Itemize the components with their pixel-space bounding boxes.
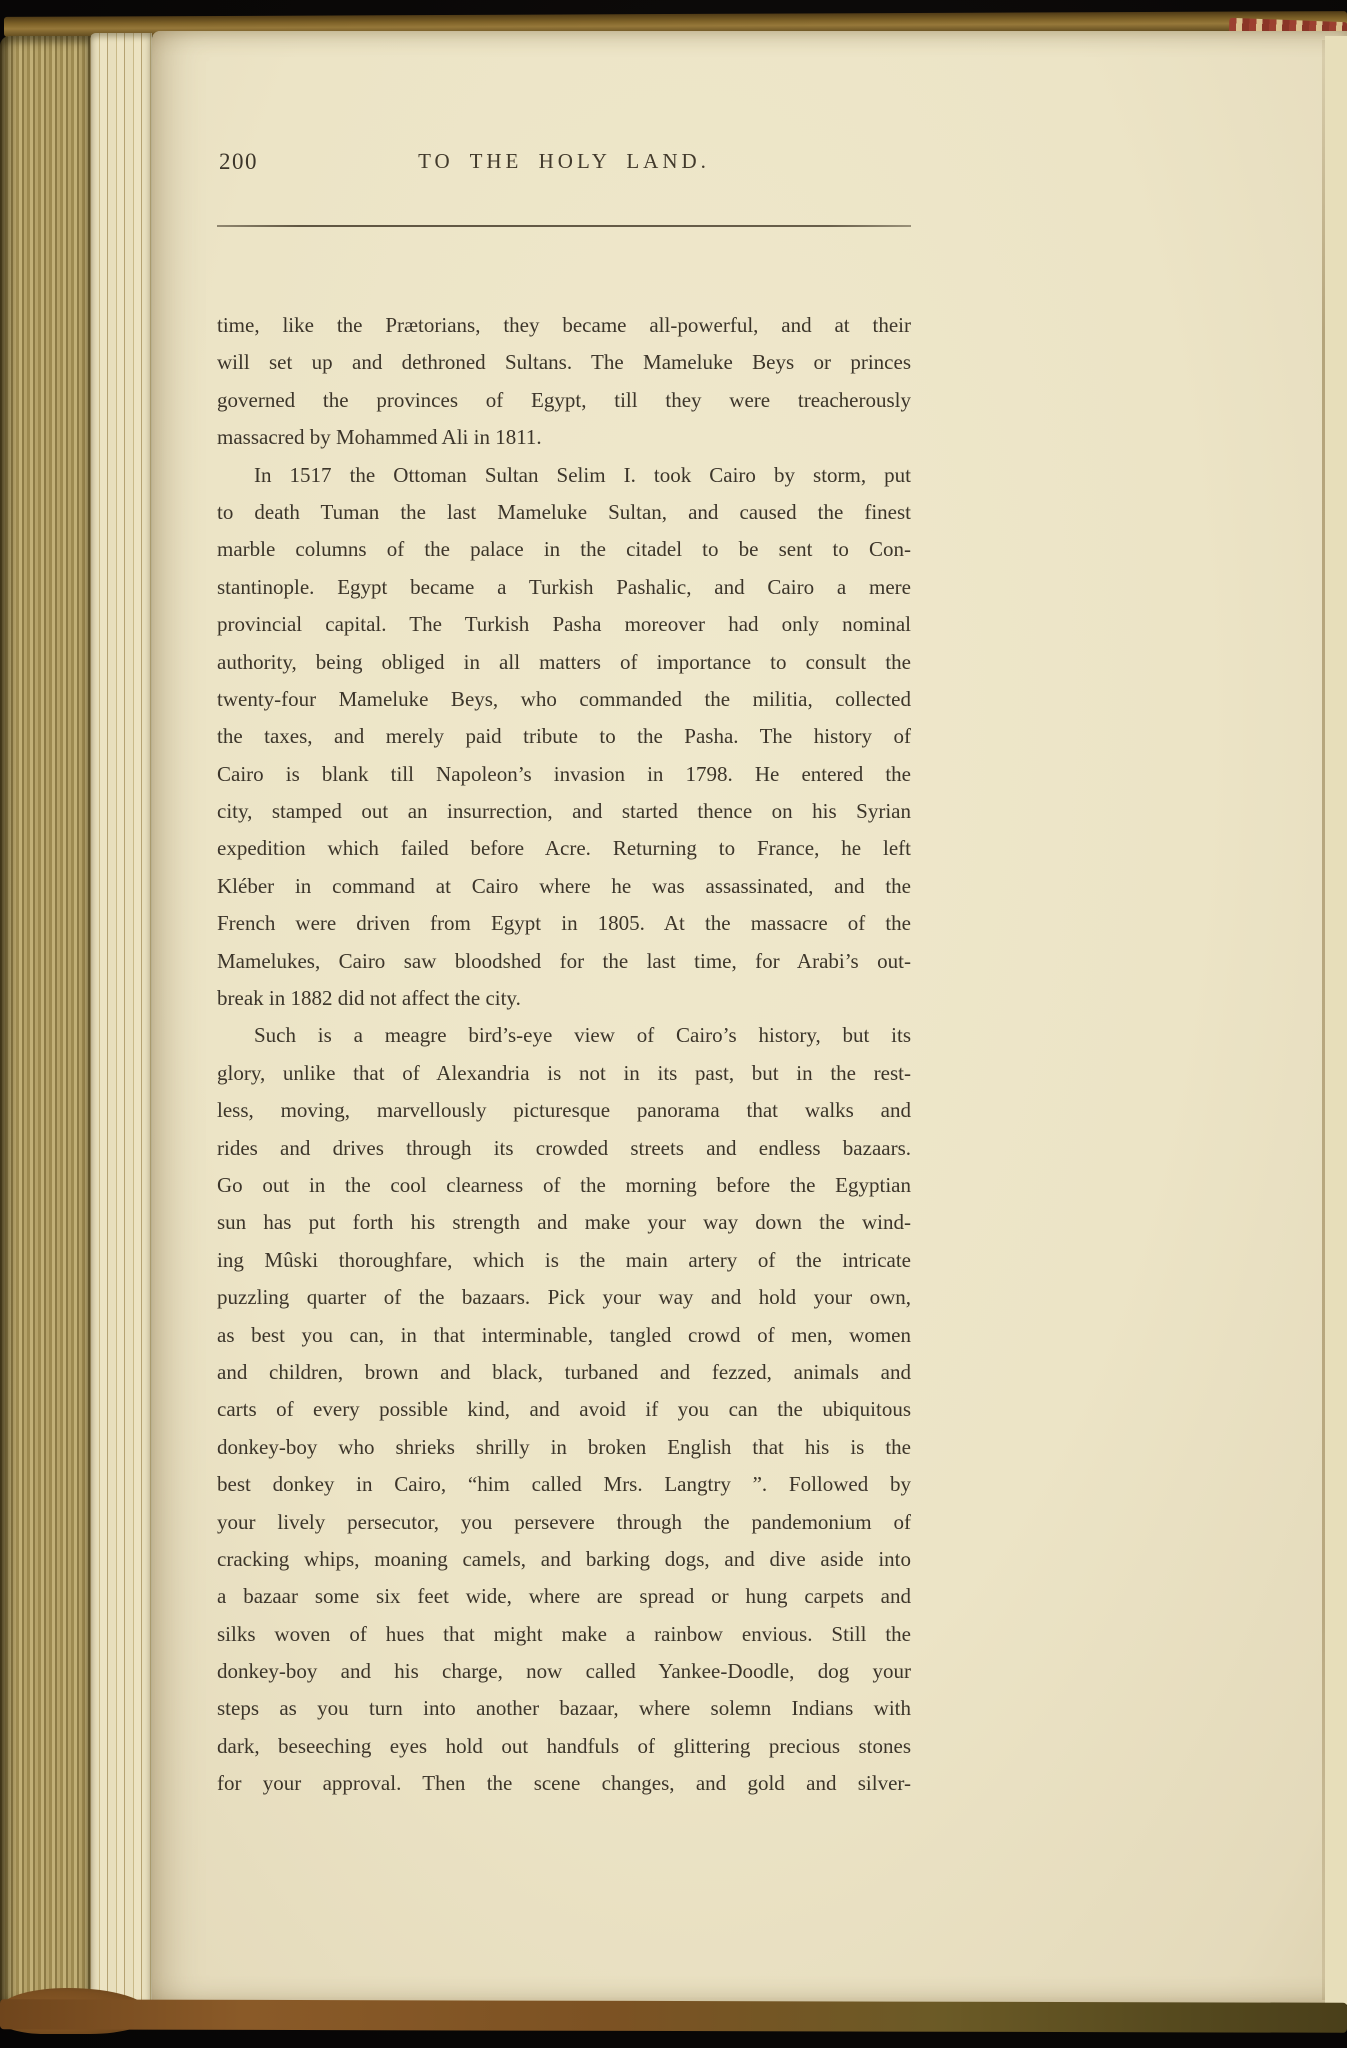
- text-line: carts of every possible kind, and avoid …: [217, 1391, 911, 1428]
- text-line: best donkey in Cairo, “him called Mrs. L…: [217, 1466, 911, 1503]
- book-photo-background: { "page": { "number": "200", "running_ti…: [0, 0, 1347, 2048]
- text-line: donkey-boy who shrieks shrilly in broken…: [217, 1429, 911, 1466]
- page-content: 200 TO THE HOLY LAND. time, like the Præ…: [217, 146, 911, 194]
- text-line: dark, beseeching eyes hold out handfuls …: [217, 1728, 911, 1765]
- page-right-crease: [1322, 40, 1325, 2000]
- text-line: authority, being obliged in all matters …: [217, 644, 911, 681]
- page-header: 200 TO THE HOLY LAND.: [217, 146, 911, 194]
- text-line: massacred by Mohammed Ali in 1811.: [217, 419, 911, 456]
- text-line: twenty-four Mameluke Beys, who commanded…: [217, 681, 911, 718]
- text-line: your lively persecutor, you persevere th…: [217, 1504, 911, 1541]
- text-line: to death Tuman the last Mameluke Sultan,…: [217, 494, 911, 531]
- text-line: a bazaar some six feet wide, where are s…: [217, 1578, 911, 1615]
- text-line: sun has put forth his strength and make …: [217, 1204, 911, 1241]
- text-line: expedition which failed before Acre. Ret…: [217, 830, 911, 867]
- text-line: less, moving, marvellously picturesque p…: [217, 1092, 911, 1129]
- text-line: for your approval. Then the scene change…: [217, 1765, 911, 1802]
- bottom-cover-edge: [0, 1999, 1347, 2033]
- text-line: donkey-boy and his charge, now called Ya…: [217, 1653, 911, 1690]
- left-page-edges-gilt: [0, 36, 90, 2011]
- text-line: time, like the Prætorians, they became a…: [217, 307, 911, 344]
- left-page-edges-paper: [90, 33, 152, 2011]
- text-line: rides and drives through its crowded str…: [217, 1130, 911, 1167]
- text-line: break in 1882 did not affect the city.: [217, 980, 911, 1017]
- page-right-sliver: [1325, 36, 1347, 2004]
- text-line: silks woven of hues that might make a ra…: [217, 1616, 911, 1653]
- text-line: and children, brown and black, turbaned …: [217, 1354, 911, 1391]
- text-line: steps as you turn into another bazaar, w…: [217, 1690, 911, 1727]
- header-rule: [217, 225, 911, 227]
- text-line: Cairo is blank till Napoleon’s invasion …: [217, 756, 911, 793]
- text-line: Mamelukes, Cairo saw bloodshed for the l…: [217, 943, 911, 980]
- text-line: will set up and dethroned Sultans. The M…: [217, 344, 911, 381]
- text-line: stantinople. Egypt became a Turkish Pash…: [217, 569, 911, 606]
- text-line: ing Mûski thoroughfare, which is the mai…: [217, 1242, 911, 1279]
- text-line: Such is a meagre bird’s-eye view of Cair…: [217, 1017, 911, 1054]
- text-line: In 1517 the Ottoman Sultan Selim I. took…: [217, 457, 911, 494]
- text-line: glory, unlike that of Alexandria is not …: [217, 1055, 911, 1092]
- text-line: Kléber in command at Cairo where he was …: [217, 868, 911, 905]
- text-line: French were driven from Egypt in 1805. A…: [217, 905, 911, 942]
- text-line: as best you can, in that interminable, t…: [217, 1317, 911, 1354]
- text-line: puzzling quarter of the bazaars. Pick yo…: [217, 1279, 911, 1316]
- text-line: city, stamped out an insurrection, and s…: [217, 793, 911, 830]
- text-line: marble columns of the palace in the cita…: [217, 531, 911, 568]
- book-page: 200 TO THE HOLY LAND. time, like the Præ…: [152, 31, 1347, 2005]
- running-title: TO THE HOLY LAND.: [217, 149, 911, 174]
- text-line: cracking whips, moaning camels, and bark…: [217, 1541, 911, 1578]
- text-line: the taxes, and merely paid tribute to th…: [217, 718, 911, 755]
- text-line: Go out in the cool clearness of the morn…: [217, 1167, 911, 1204]
- text-line: provincial capital. The Turkish Pasha mo…: [217, 606, 911, 643]
- body-text: time, like the Prætorians, they became a…: [217, 307, 911, 1803]
- text-line: governed the provinces of Egypt, till th…: [217, 382, 911, 419]
